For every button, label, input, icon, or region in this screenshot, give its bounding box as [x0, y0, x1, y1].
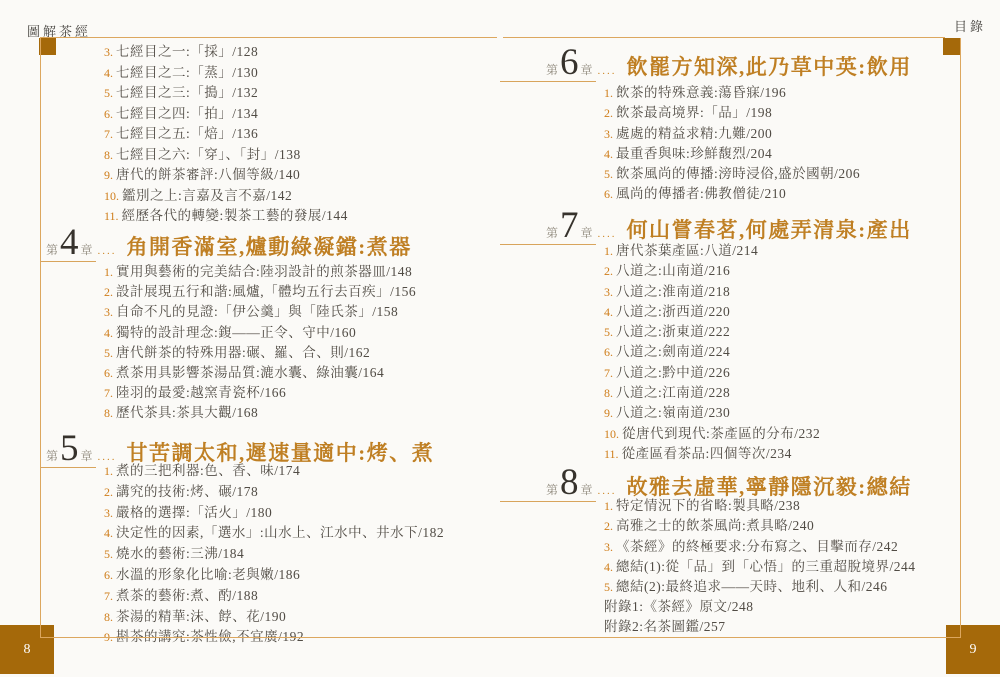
- leader-dots: ....: [98, 245, 117, 257]
- entry-number: 4.: [104, 66, 113, 80]
- toc-entry: 4.獨特的設計理念:鍑——正令、守中/160: [104, 323, 416, 343]
- entry-text: 八道之:浙東道/222: [616, 324, 730, 339]
- toc-entry: 5.唐代餅茶的特殊用器:碾、羅、合、則/162: [104, 343, 416, 363]
- page-border-left: [40, 38, 41, 638]
- bottom-rule: [40, 637, 961, 638]
- entry-text: 七經目之五:「焙」/136: [116, 126, 258, 141]
- toc-entry: 1.特定情況下的省略:製具略/238: [604, 496, 916, 516]
- entry-number: 2.: [604, 106, 613, 120]
- toc-entry: 附錄2:名茶圖鑑/257: [604, 617, 916, 636]
- toc-entry: 2.講究的技術:烤、碾/178: [104, 482, 444, 503]
- chapter7-marker: 第7章: [500, 213, 596, 245]
- entry-text: 歷代茶具:茶具大觀/168: [116, 405, 258, 420]
- toc-entry: 3.自命不凡的見證:「伊公羹」與「陸氏茶」/158: [104, 302, 416, 322]
- entry-text: 總結(1):從「品」到「心悟」的三重超脫境界/244: [616, 559, 916, 574]
- entry-text: 八道之:黔中道/226: [616, 365, 730, 380]
- entry-text: 唐代茶葉產區:八道/214: [616, 243, 758, 258]
- page-border-right: [960, 38, 961, 638]
- toc-entry: 4.七經目之二:「蒸」/130: [104, 63, 348, 84]
- chapter8-marker: 第8章: [500, 470, 596, 502]
- marker-prefix: 第: [546, 224, 558, 241]
- chapter5-entry-list: 1.煮的三把利器:色、香、味/1742.講究的技術:烤、碾/1783.嚴格的選擇…: [104, 461, 444, 648]
- entry-text: 實用與藝術的完美結合:陸羽設計的煎茶器皿/148: [116, 264, 412, 279]
- entry-text: 從唐代到現代:茶產區的分布/232: [622, 426, 820, 441]
- entry-number: 10.: [604, 427, 619, 441]
- toc-entry: 1.唐代茶葉產區:八道/214: [604, 241, 820, 261]
- entry-number: 6.: [104, 568, 113, 582]
- entry-text: 七經目之六:「穿」、「封」/138: [116, 147, 301, 162]
- entry-number: 9.: [104, 168, 113, 182]
- chapter6-title: 飲罷方知深,此乃草中英:飲用: [627, 51, 912, 81]
- entry-text: 水溫的形象化比喻:老與嫩/186: [116, 567, 300, 582]
- chapter7-number: 7: [560, 213, 579, 239]
- toc-entry: 5.八道之:浙東道/222: [604, 322, 820, 342]
- chapter4-marker: 第4章: [40, 230, 96, 262]
- chapter8-entry-list: 1.特定情況下的省略:製具略/2382.高雅之士的飲茶風尚:煮具略/2403.《…: [604, 496, 916, 636]
- entry-text: 特定情況下的省略:製具略/238: [616, 498, 800, 513]
- toc-entry: 5.總結(2):最終追求——天時、地利、人和/246: [604, 577, 916, 597]
- top-rule-left: [40, 37, 497, 38]
- chapter3-entry-list: 3.七經目之一:「採」/1284.七經目之二:「蒸」/1305.七經目之三:「搗…: [104, 42, 348, 227]
- chapter4-number: 4: [60, 230, 79, 256]
- toc-entry: 3.處處的精益求精:九難/200: [604, 124, 860, 144]
- toc-entry: 5.飲茶風尚的傳播:滂時浸俗,盛於國朝/206: [604, 164, 860, 184]
- toc-entry: 11.經歷各代的轉變:製茶工藝的發展/144: [104, 206, 348, 227]
- toc-entry: 4.八道之:浙西道/220: [604, 302, 820, 322]
- entry-number: 11.: [104, 209, 119, 223]
- page-number-right: 9: [946, 625, 1000, 674]
- toc-entry: 3.八道之:淮南道/218: [604, 282, 820, 302]
- marker-suffix: 章: [581, 224, 593, 241]
- entry-number: 5.: [604, 580, 613, 594]
- entry-number: 3.: [604, 127, 613, 141]
- entry-number: 11.: [604, 447, 619, 461]
- entry-number: 8.: [104, 406, 113, 420]
- entry-text: 鑑別之上:言嘉及言不嘉/142: [122, 188, 292, 203]
- entry-number: 4.: [604, 147, 613, 161]
- entry-number: 6.: [604, 345, 613, 359]
- toc-entry: 4.總結(1):從「品」到「心悟」的三重超脫境界/244: [604, 557, 916, 577]
- entry-number: 4.: [604, 560, 613, 574]
- toc-entry: 3.七經目之一:「採」/128: [104, 42, 348, 63]
- entry-text: 獨特的設計理念:鍑——正令、守中/160: [116, 325, 356, 340]
- toc-entry: 8.七經目之六:「穿」、「封」/138: [104, 145, 348, 166]
- entry-number: 7.: [104, 386, 113, 400]
- entry-text: 八道之:淮南道/218: [616, 284, 730, 299]
- toc-entry: 10.從唐代到現代:茶產區的分布/232: [604, 424, 820, 444]
- page-number-left: 8: [0, 625, 54, 674]
- chapter4-title: 角開香滿室,爐動綠凝鐺:煮器: [127, 231, 412, 261]
- entry-number: 3.: [104, 305, 113, 319]
- leader-dots: ....: [598, 65, 617, 77]
- page-number-left-value: 8: [24, 642, 31, 658]
- toc-entry: 9.八道之:嶺南道/230: [604, 403, 820, 423]
- marker-prefix: 第: [546, 481, 558, 498]
- entry-text: 嚴格的選擇:「活火」/180: [116, 505, 272, 520]
- toc-entry: 4.決定性的因素,「選水」:山水上、江水中、井水下/182: [104, 523, 444, 544]
- marker-suffix: 章: [581, 481, 593, 498]
- chapter7-title: 何山嘗春茗,何處弄清泉:產出: [627, 214, 912, 244]
- chapter4-heading: 第4章 .... 角開香滿室,爐動綠凝鐺:煮器: [40, 230, 412, 262]
- chapter5-number: 5: [60, 436, 79, 462]
- entry-text: 從產區看茶品:四個等次/234: [622, 446, 792, 461]
- entry-text: 七經目之二:「蒸」/130: [116, 65, 258, 80]
- entry-text: 飲茶的特殊意義:蕩昏寐/196: [616, 85, 786, 100]
- entry-text: 附錄2:名茶圖鑑/257: [604, 619, 726, 634]
- entry-number: 1.: [104, 464, 113, 478]
- entry-number: 5.: [104, 86, 113, 100]
- corner-square-top-left: [39, 38, 56, 55]
- toc-entry: 5.七經目之三:「搗」/132: [104, 83, 348, 104]
- entry-number: 1.: [104, 265, 113, 279]
- entry-text: 處處的精益求精:九難/200: [616, 126, 772, 141]
- entry-number: 10.: [104, 189, 119, 203]
- entry-number: 8.: [604, 386, 613, 400]
- toc-entry: 11.從產區看茶品:四個等次/234: [604, 444, 820, 464]
- toc-entry: 8.茶湯的精華:沫、餑、花/190: [104, 607, 444, 628]
- chapter6-marker: 第6章: [500, 50, 596, 82]
- entry-text: 八道之:嶺南道/230: [616, 405, 730, 420]
- entry-number: 2.: [604, 264, 613, 278]
- marker-prefix: 第: [46, 241, 58, 258]
- toc-entry: 1.飲茶的特殊意義:蕩昏寐/196: [604, 83, 860, 103]
- entry-text: 總結(2):最終追求——天時、地利、人和/246: [616, 579, 888, 594]
- entry-number: 3.: [104, 45, 113, 59]
- entry-text: 唐代的餅茶審評:八個等級/140: [116, 167, 300, 182]
- entry-number: 5.: [604, 167, 613, 181]
- top-rule-right: [503, 37, 945, 38]
- entry-text: 飲茶最高境界:「品」/198: [616, 105, 772, 120]
- entry-text: 七經目之一:「採」/128: [116, 44, 258, 59]
- entry-text: 茶湯的精華:沫、餑、花/190: [116, 609, 286, 624]
- marker-prefix: 第: [546, 61, 558, 78]
- toc-entry: 3.嚴格的選擇:「活火」/180: [104, 503, 444, 524]
- entry-text: 煮的三把利器:色、香、味/174: [116, 463, 300, 478]
- entry-text: 決定性的因素,「選水」:山水上、江水中、井水下/182: [116, 525, 444, 540]
- chapter6-heading: 第6章 .... 飲罷方知深,此乃草中英:飲用: [500, 50, 912, 82]
- toc-entry: 10.鑑別之上:言嘉及言不嘉/142: [104, 186, 348, 207]
- entry-text: 煮茶的藝術:煮、酌/188: [116, 588, 258, 603]
- entry-text: 七經目之四:「拍」/134: [116, 106, 258, 121]
- leader-dots: ....: [598, 228, 617, 240]
- toc-entry: 9.唐代的餅茶審評:八個等級/140: [104, 165, 348, 186]
- toc-entry: 6.風尚的傳播者:佛教僧徒/210: [604, 184, 860, 204]
- entry-number: 3.: [104, 506, 113, 520]
- entry-text: 八道之:山南道/216: [616, 263, 730, 278]
- entry-number: 8.: [104, 610, 113, 624]
- entry-text: 最重香與味:珍鮮馥烈/204: [616, 146, 772, 161]
- toc-entry: 2.高雅之士的飲茶風尚:煮具略/240: [604, 516, 916, 536]
- toc-entry: 2.設計展現五行和諧:風爐,「體均五行去百疾」/156: [104, 282, 416, 302]
- marker-suffix: 章: [81, 241, 93, 258]
- entry-text: 煮茶用具影響茶湯品質:漉水囊、綠油囊/164: [116, 365, 384, 380]
- entry-text: 燒水的藝術:三沸/184: [116, 546, 244, 561]
- entry-number: 5.: [104, 346, 113, 360]
- chapter7-entry-list: 1.唐代茶葉產區:八道/2142.八道之:山南道/2163.八道之:淮南道/21…: [604, 241, 820, 464]
- entry-text: 陸羽的最愛:越窯青瓷杯/166: [116, 385, 286, 400]
- toc-entry: 7.七經目之五:「焙」/136: [104, 124, 348, 145]
- toc-entry: 3.《茶經》的終極要求:分布寫之、目擊而存/242: [604, 537, 916, 557]
- toc-label: 目錄: [954, 16, 986, 35]
- page-number-right-value: 9: [970, 642, 977, 658]
- entry-number: 3.: [604, 285, 613, 299]
- toc-entry: 2.飲茶最高境界:「品」/198: [604, 103, 860, 123]
- entry-number: 6.: [104, 366, 113, 380]
- marker-prefix: 第: [46, 447, 58, 464]
- entry-text: 七經目之三:「搗」/132: [116, 85, 258, 100]
- toc-entry: 7.煮茶的藝術:煮、酌/188: [104, 586, 444, 607]
- entry-number: 8.: [104, 148, 113, 162]
- chapter5-marker: 第5章: [40, 436, 96, 468]
- toc-entry: 附錄1:《茶經》原文/248: [604, 597, 916, 616]
- entry-text: 高雅之士的飲茶風尚:煮具略/240: [616, 518, 814, 533]
- entry-number: 5.: [104, 547, 113, 561]
- toc-entry: 6.煮茶用具影響茶湯品質:漉水囊、綠油囊/164: [104, 363, 416, 383]
- chapter6-number: 6: [560, 50, 579, 76]
- entry-number: 7.: [104, 589, 113, 603]
- entry-text: 八道之:劍南道/224: [616, 344, 730, 359]
- entry-number: 1.: [604, 499, 613, 513]
- toc-entry: 6.七經目之四:「拍」/134: [104, 104, 348, 125]
- entry-text: 附錄1:《茶經》原文/248: [604, 599, 754, 614]
- entry-text: 八道之:浙西道/220: [616, 304, 730, 319]
- toc-entry: 6.水溫的形象化比喻:老與嫩/186: [104, 565, 444, 586]
- toc-entry: 1.實用與藝術的完美結合:陸羽設計的煎茶器皿/148: [104, 262, 416, 282]
- toc-entry: 4.最重香與味:珍鮮馥烈/204: [604, 144, 860, 164]
- entry-text: 《茶經》的終極要求:分布寫之、目擊而存/242: [616, 539, 898, 554]
- chapter6-entry-list: 1.飲茶的特殊意義:蕩昏寐/1962.飲茶最高境界:「品」/1983.處處的精益…: [604, 83, 860, 205]
- entry-text: 設計展現五行和諧:風爐,「體均五行去百疾」/156: [116, 284, 416, 299]
- chapter8-number: 8: [560, 470, 579, 496]
- entry-text: 自命不凡的見證:「伊公羹」與「陸氏茶」/158: [116, 304, 398, 319]
- marker-suffix: 章: [581, 61, 593, 78]
- entry-number: 2.: [104, 485, 113, 499]
- toc-entry: 7.陸羽的最愛:越窯青瓷杯/166: [104, 383, 416, 403]
- chapter4-entry-list: 1.實用與藝術的完美結合:陸羽設計的煎茶器皿/1482.設計展現五行和諧:風爐,…: [104, 262, 416, 424]
- toc-entry: 8.歷代茶具:茶具大觀/168: [104, 403, 416, 423]
- toc-entry: 7.八道之:黔中道/226: [604, 363, 820, 383]
- toc-entry: 8.八道之:江南道/228: [604, 383, 820, 403]
- entry-text: 風尚的傳播者:佛教僧徒/210: [616, 186, 786, 201]
- entry-number: 7.: [104, 127, 113, 141]
- entry-number: 9.: [604, 406, 613, 420]
- entry-number: 5.: [604, 325, 613, 339]
- entry-text: 唐代餅茶的特殊用器:碾、羅、合、則/162: [116, 345, 370, 360]
- entry-text: 經歷各代的轉變:製茶工藝的發展/144: [122, 208, 348, 223]
- entry-number: 4.: [604, 305, 613, 319]
- entry-number: 7.: [604, 366, 613, 380]
- toc-entry: 1.煮的三把利器:色、香、味/174: [104, 461, 444, 482]
- entry-number: 1.: [604, 86, 613, 100]
- toc-entry: 5.燒水的藝術:三沸/184: [104, 544, 444, 565]
- entry-text: 講究的技術:烤、碾/178: [116, 484, 258, 499]
- toc-entry: 6.八道之:劍南道/224: [604, 342, 820, 362]
- toc-entry: 2.八道之:山南道/216: [604, 261, 820, 281]
- corner-square-top-right: [943, 38, 960, 55]
- entry-number: 2.: [104, 285, 113, 299]
- entry-text: 八道之:江南道/228: [616, 385, 730, 400]
- marker-suffix: 章: [81, 447, 93, 464]
- entry-number: 3.: [604, 540, 613, 554]
- entry-number: 1.: [604, 244, 613, 258]
- entry-number: 4.: [104, 526, 113, 540]
- entry-number: 6.: [104, 107, 113, 121]
- entry-number: 4.: [104, 326, 113, 340]
- entry-number: 2.: [604, 519, 613, 533]
- entry-text: 飲茶風尚的傳播:滂時浸俗,盛於國朝/206: [616, 166, 860, 181]
- entry-number: 6.: [604, 187, 613, 201]
